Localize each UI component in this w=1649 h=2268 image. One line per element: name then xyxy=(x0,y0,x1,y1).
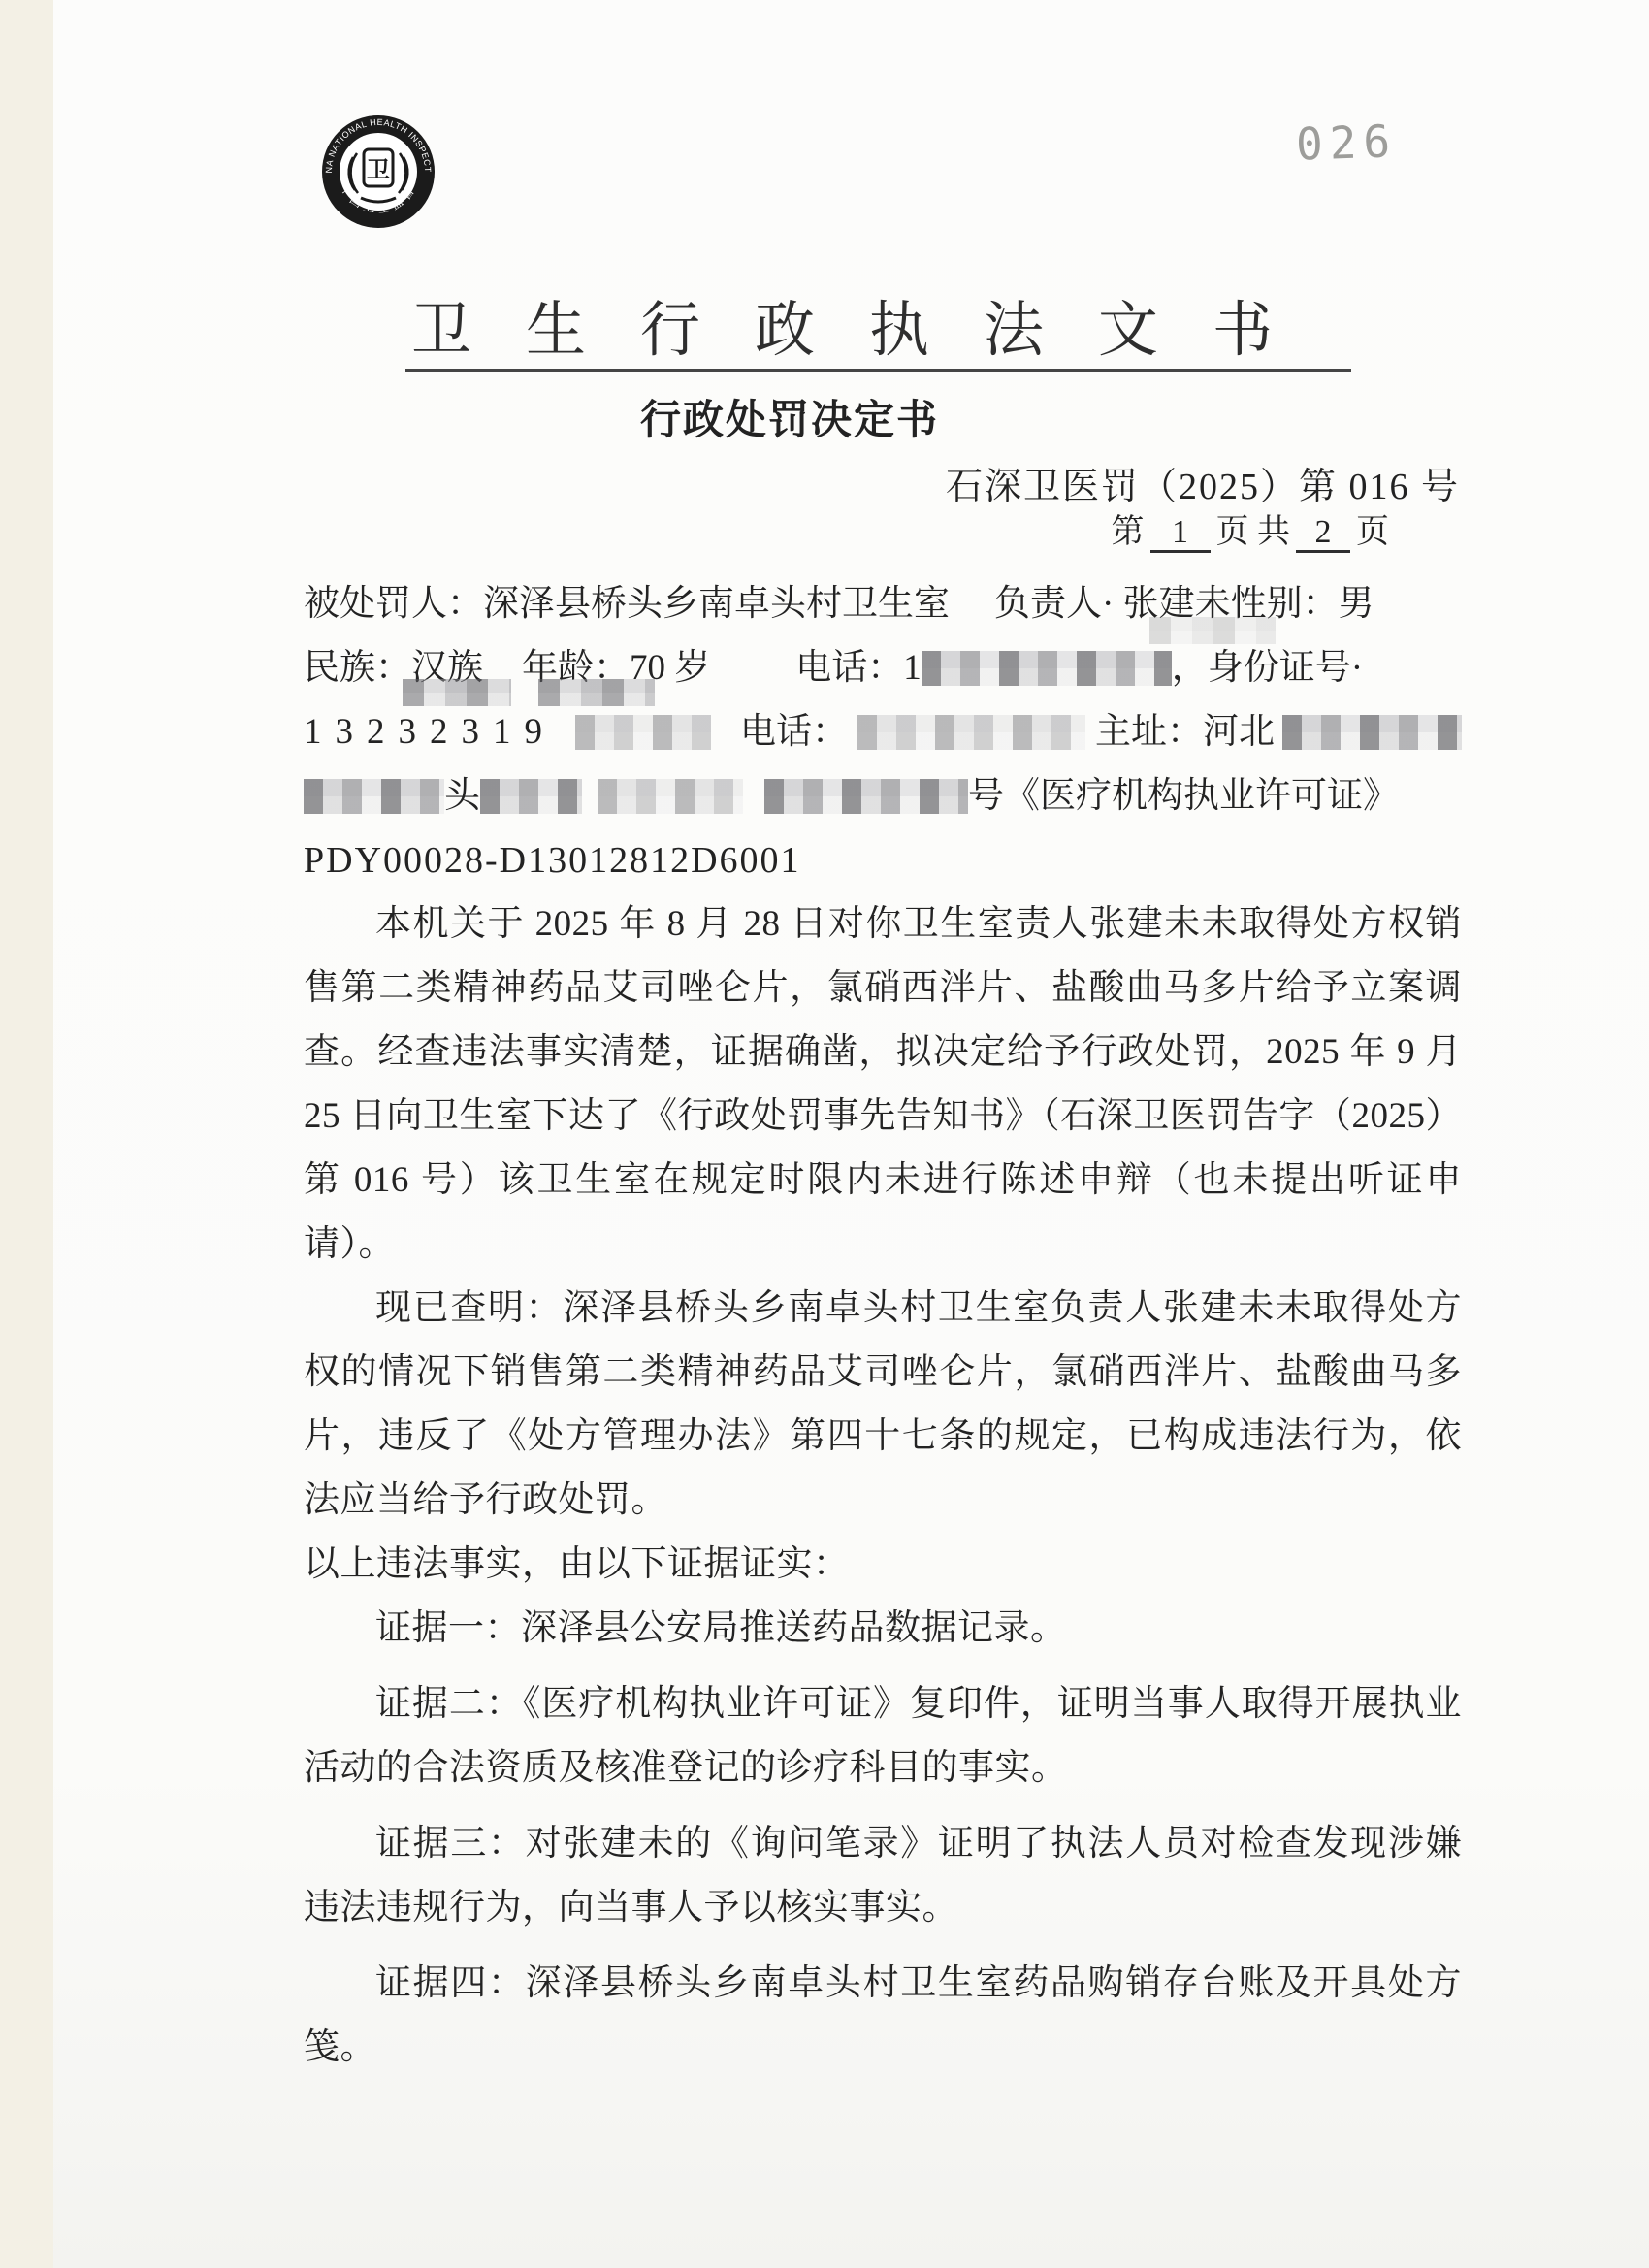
document-body: 被处罚人：深泽县桥头乡南卓头村卫生室负责人· 张建未性别：男 民族：汉族年龄：7… xyxy=(304,572,1462,2080)
page-indicator-current: 1 xyxy=(1150,515,1211,553)
address-redaction-2 xyxy=(304,779,444,814)
paragraph-evidence-intro: 以上违法事实，由以下证据证实： xyxy=(304,1533,1462,1597)
address-redaction-5 xyxy=(764,779,968,814)
paragraph-evidence-3: 证据三：对张建未的《询问笔录》证明了执法人员对检查发现涉嫌违法违规行为，向当事人… xyxy=(304,1812,1462,1940)
spacer xyxy=(711,742,740,743)
page-indicator: 第1页 共2页 xyxy=(1112,504,1390,553)
phone-label-2: 电话： xyxy=(740,712,848,752)
spacer xyxy=(950,614,994,615)
page-stamp-number: 026 xyxy=(1295,114,1398,171)
spacer xyxy=(848,742,857,743)
paragraph-case-investigation: 本机关于 2025 年 8 月 28 日对你卫生室责人张建未未取得处方权销售第二… xyxy=(304,892,1462,1277)
phone-redaction xyxy=(921,651,1172,686)
paragraph-findings: 现已查明：深泽县桥头乡南卓头村卫生室负责人张建未未取得处方权的情况下销售第二类精… xyxy=(304,1277,1462,1533)
spacer xyxy=(743,806,764,807)
paragraph-evidence-2: 证据二：《医疗机构执业许可证》复印件，证明当事人取得开展执业活动的合法资质及核准… xyxy=(304,1672,1462,1800)
scan-left-edge xyxy=(0,0,53,2268)
address-field: 主址：河北 xyxy=(1095,712,1275,752)
id-redaction xyxy=(575,715,711,750)
spacer xyxy=(582,806,598,807)
spacer xyxy=(1275,742,1282,743)
spacer xyxy=(1085,742,1095,743)
address-redaction-4 xyxy=(598,779,743,814)
phone-field: 电话：1 xyxy=(795,648,921,688)
respondent-label: 被处罚人：深泽县桥头乡南卓头村卫生室 xyxy=(304,584,950,624)
china-health-inspection-emblem-icon: CHINA NATIONAL HEALTH INSPECTION 中国卫生监督 … xyxy=(318,111,438,233)
info-line-person-details: 民族：汉族年龄：70 岁电话：1，身份证号· xyxy=(304,636,1462,700)
info-line-license-number: PDY00028-D13012812D6001 xyxy=(304,828,1462,892)
address-fragment: 头 xyxy=(444,776,480,816)
document-title: 卫生行政执法文书 xyxy=(411,281,1327,368)
title-underline xyxy=(405,369,1351,372)
info-line-id-and-address: 13232319电话：主址：河北 xyxy=(304,700,1462,764)
phone-redaction-2 xyxy=(857,715,1085,750)
address-redaction-3 xyxy=(480,779,582,814)
page-indicator-prefix: 第 xyxy=(1112,514,1145,550)
address-redaction xyxy=(1282,715,1462,750)
id-number-label: ，身份证号· xyxy=(1172,648,1363,688)
paragraph-evidence-4: 证据四：深泽县桥头乡南卓头村卫生室药品购销存台账及开具处方笺。 xyxy=(304,1952,1462,2080)
document-number: 石深卫医罚（2025）第 016 号 xyxy=(946,456,1460,509)
emblem-svg: CHINA NATIONAL HEALTH INSPECTION 中国卫生监督 … xyxy=(318,111,438,233)
paragraph-evidence-1: 证据一：深泽县公安局推送药品数据记录。 xyxy=(304,1597,1462,1661)
document-subtitle: 行政处罚决定书 xyxy=(640,388,939,446)
scanned-document-page: 026 CHINA NATIONAL HEALTH INSPECTION 中国卫… xyxy=(0,0,1649,2268)
id-number-partial: 13232319 xyxy=(304,712,556,752)
page-indicator-total: 2 xyxy=(1296,515,1350,553)
emblem-center-glyph: 卫 xyxy=(367,157,390,183)
license-title: 号《医疗机构执业许可证》 xyxy=(968,776,1399,816)
page-indicator-suffix: 页 xyxy=(1356,514,1389,550)
page-indicator-middle: 页 共 xyxy=(1216,514,1291,550)
spacer xyxy=(710,678,795,679)
spacer xyxy=(556,742,575,743)
license-number: PDY00028-D13012812D6001 xyxy=(304,840,801,881)
info-line-respondent: 被处罚人：深泽县桥头乡南卓头村卫生室负责人· 张建未性别：男 xyxy=(304,572,1462,636)
info-line-address-license: 头号《医疗机构执业许可证》 xyxy=(304,764,1462,828)
